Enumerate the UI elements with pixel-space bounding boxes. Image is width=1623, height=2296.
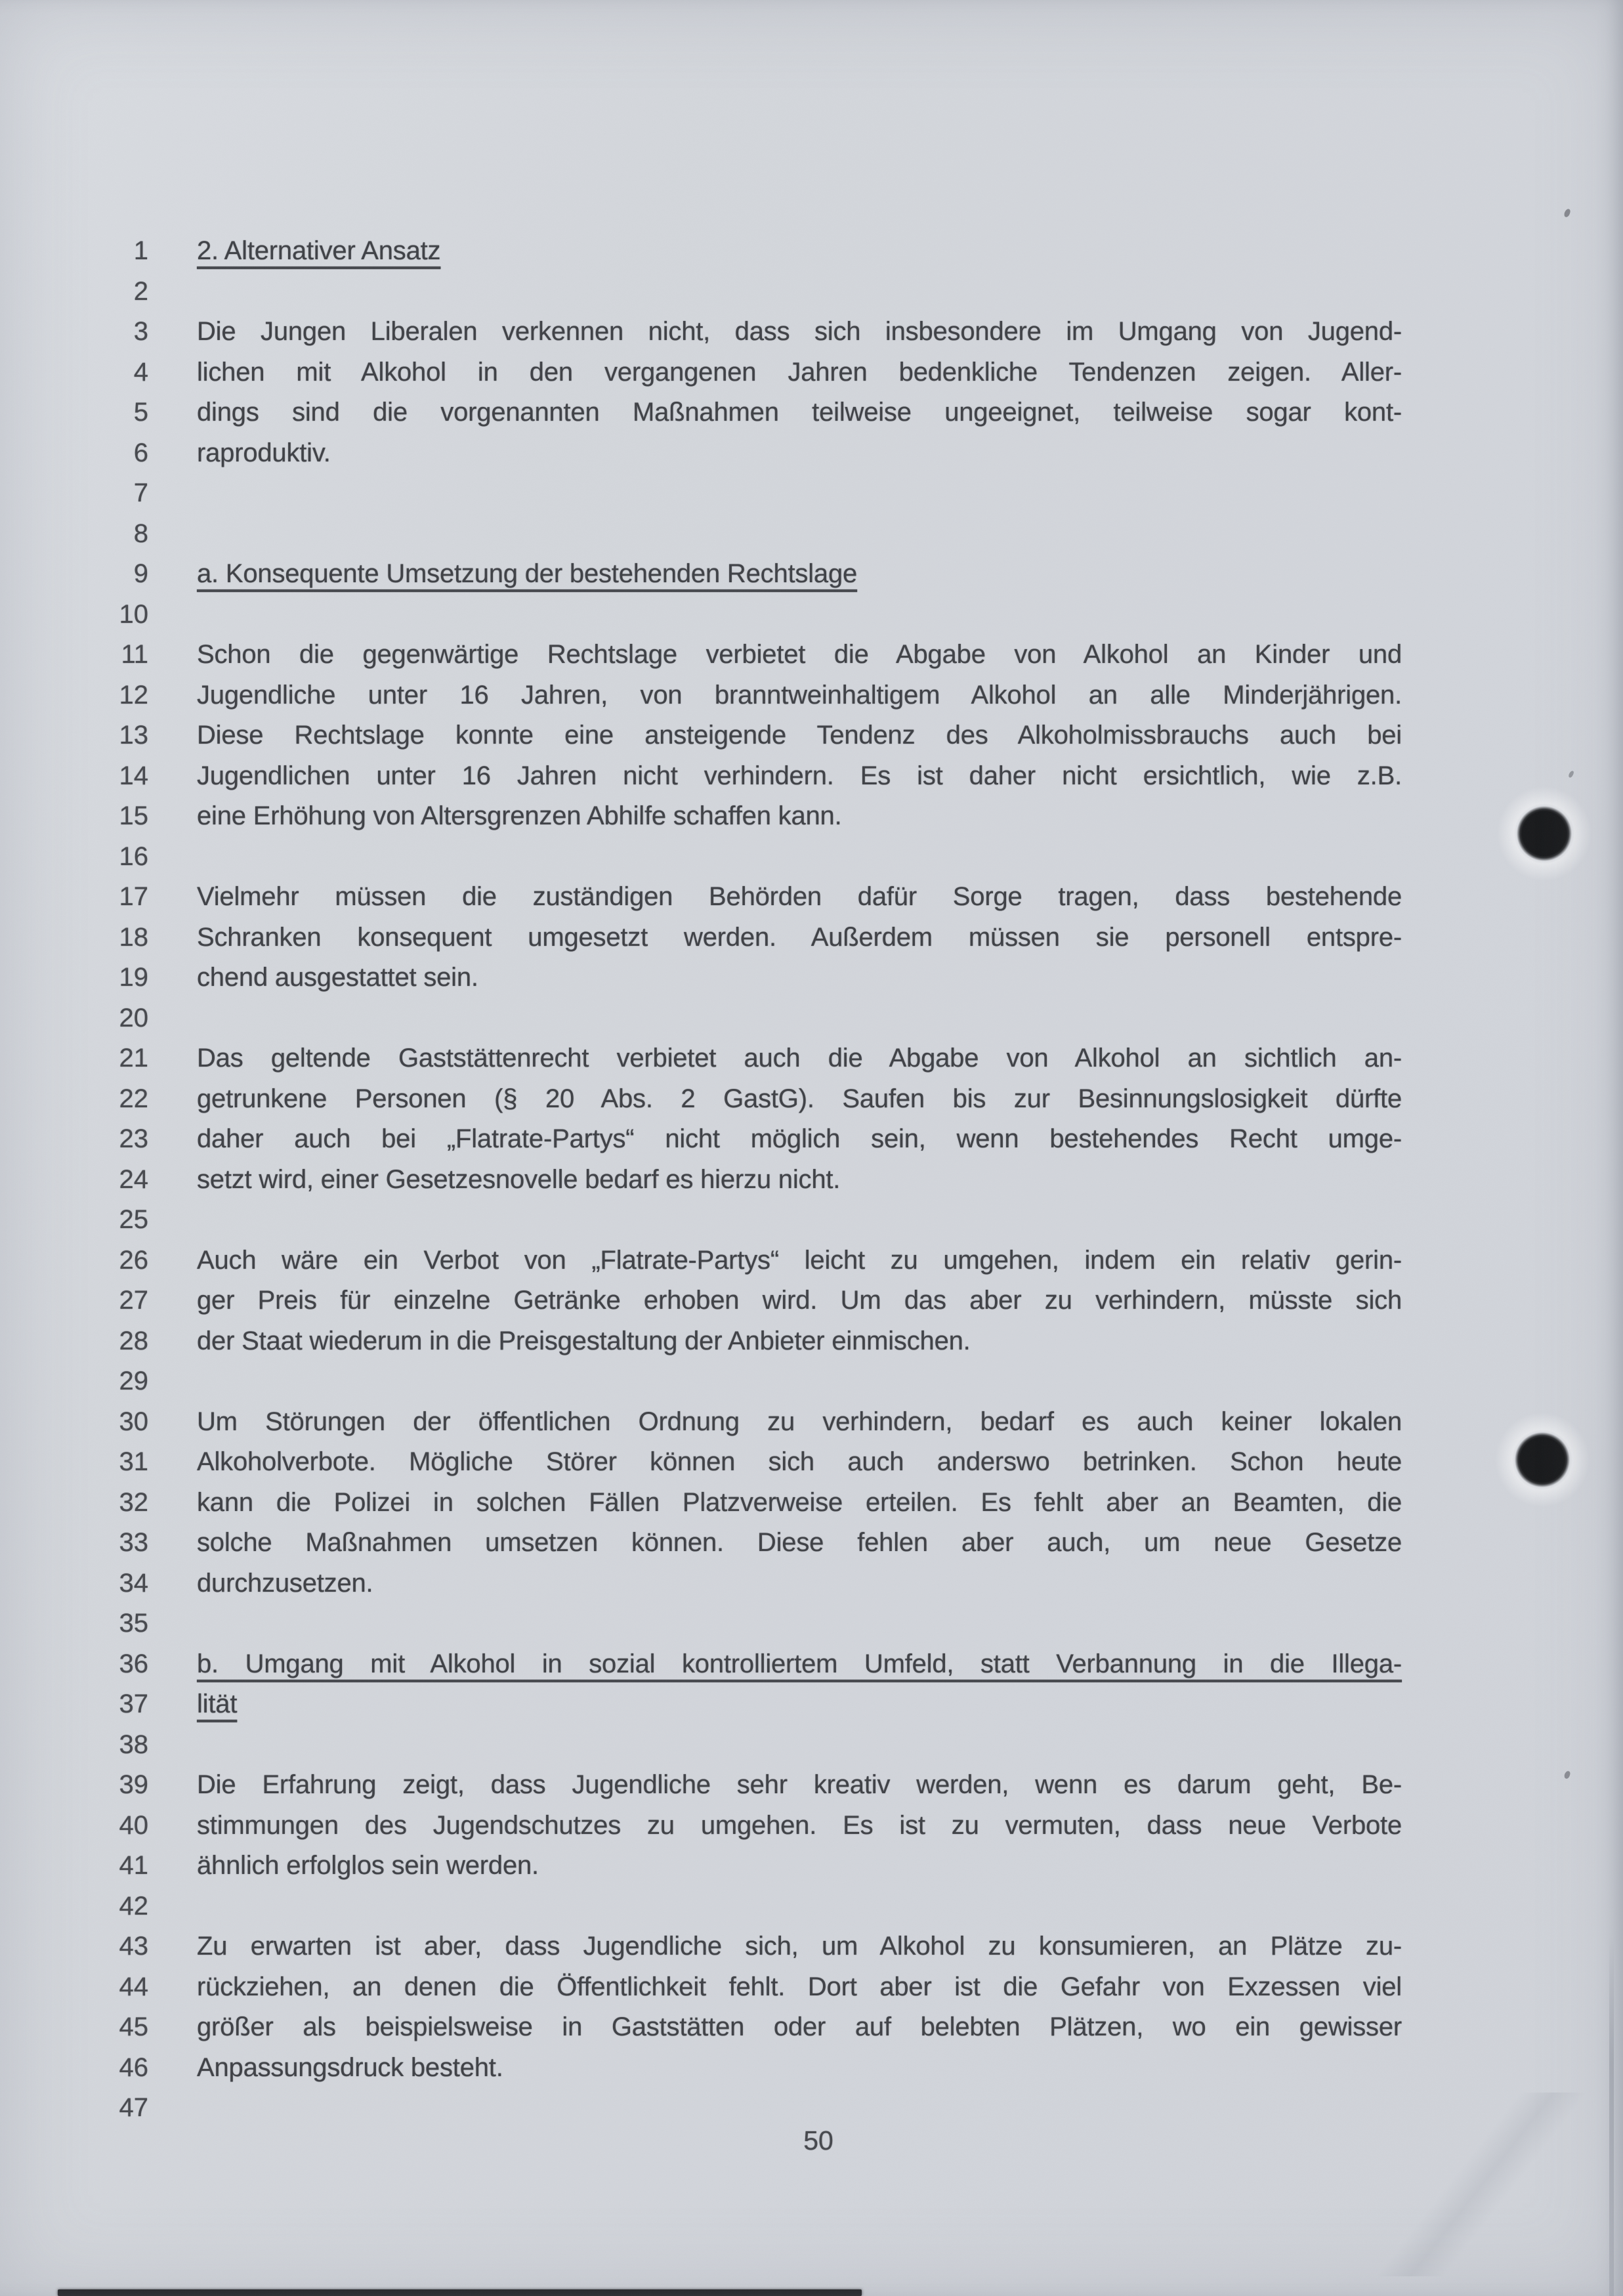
heading-line: 2. Alternativer Ansatz — [197, 231, 1402, 272]
line-text: chend ausgestattet sein. — [197, 963, 478, 992]
text-line: 36b. Umgang mit Alkohol in sozial kontro… — [0, 1644, 1623, 1685]
line-number: 13 — [0, 715, 148, 756]
text-line: 38 — [0, 1725, 1623, 1766]
text-line: 47 — [0, 2088, 1623, 2129]
line-text: eine Erhöhung von Altersgrenzen Abhilfe … — [197, 801, 842, 830]
line-text: stimmungen des Jugendschutzes zu umgehen… — [197, 1811, 1402, 1840]
line-text: Zu erwarten ist aber, dass Jugendliche s… — [197, 1932, 1402, 1961]
line-number: 35 — [0, 1604, 148, 1644]
line-text: Anpassungsdruck besteht. — [197, 2053, 503, 2082]
text-line: 42 — [0, 1886, 1623, 1927]
body-line: kann die Polizei in solchen Fällen Platz… — [197, 1483, 1402, 1523]
line-text: dings sind die vorgenannten Maßnahmen te… — [197, 398, 1402, 427]
body-line: solche Maßnahmen umsetzen können. Diese … — [197, 1523, 1402, 1563]
line-text: Schon die gegenwärtige Rechtslage verbie… — [197, 640, 1402, 669]
heading-line: lität — [197, 1684, 1402, 1725]
text-line: 5dings sind die vorgenannten Maßnahmen t… — [0, 393, 1623, 433]
line-text: a. Konsequente Umsetzung der bestehenden… — [197, 559, 857, 588]
line-number: 31 — [0, 1442, 148, 1483]
line-text: der Staat wiederum in die Preisgestaltun… — [197, 1327, 971, 1355]
line-text: Alkoholverbote. Mögliche Störer können s… — [197, 1447, 1402, 1476]
text-line: 31Alkoholverbote. Mögliche Störer können… — [0, 1442, 1623, 1483]
text-line: 23daher auch bei „Flatrate-Partys“ nicht… — [0, 1119, 1623, 1160]
text-line: 18Schranken konsequent umgesetzt werden.… — [0, 918, 1623, 958]
text-line: 4lichen mit Alkohol in den vergangenen J… — [0, 352, 1623, 393]
text-line: 27ger Preis für einzelne Getränke erhobe… — [0, 1281, 1623, 1321]
text-line: 39Die Erfahrung zeigt, dass Jugendliche … — [0, 1765, 1623, 1806]
line-text: Vielmehr müssen die zuständigen Behörden… — [197, 882, 1402, 911]
text-line: 6raproduktiv. — [0, 433, 1623, 474]
scanner-edge-artifact — [58, 2289, 862, 2296]
text-lines: 12. Alternativer Ansatz23Die Jungen Libe… — [0, 231, 1623, 2129]
body-line: Alkoholverbote. Mögliche Störer können s… — [197, 1442, 1402, 1483]
line-text: setzt wird, einer Gesetzesnovelle bedarf… — [197, 1165, 840, 1194]
line-number: 30 — [0, 1402, 148, 1443]
text-line: 12Jugendliche unter 16 Jahren, von brann… — [0, 675, 1623, 716]
line-text: rückziehen, an denen die Öffentlichkeit … — [197, 1972, 1402, 2001]
line-number: 6 — [0, 433, 148, 474]
line-number: 8 — [0, 514, 148, 555]
heading-line: a. Konsequente Umsetzung der bestehenden… — [197, 554, 1402, 595]
line-number: 29 — [0, 1361, 148, 1402]
page-number: 50 — [779, 2125, 858, 2156]
line-number: 1 — [0, 231, 148, 272]
text-line: 30Um Störungen der öffentlichen Ordnung … — [0, 1402, 1623, 1443]
text-line: 29 — [0, 1361, 1623, 1402]
line-text: Auch wäre ein Verbot von „Flatrate-Party… — [197, 1246, 1402, 1275]
line-number: 39 — [0, 1765, 148, 1806]
text-line: 16 — [0, 837, 1623, 878]
line-text: Die Jungen Liberalen verkennen nicht, da… — [197, 317, 1402, 346]
line-number: 24 — [0, 1160, 148, 1201]
line-number: 3 — [0, 312, 148, 352]
body-line: Anpassungsdruck besteht. — [197, 2048, 1402, 2089]
line-number: 23 — [0, 1119, 148, 1160]
body-line: Schon die gegenwärtige Rechtslage verbie… — [197, 635, 1402, 675]
text-line: 46Anpassungsdruck besteht. — [0, 2048, 1623, 2089]
text-line: 8 — [0, 514, 1623, 555]
text-line: 15eine Erhöhung von Altersgrenzen Abhilf… — [0, 796, 1623, 837]
line-number: 43 — [0, 1926, 148, 1967]
body-line: dings sind die vorgenannten Maßnahmen te… — [197, 393, 1402, 433]
text-line: 28der Staat wiederum in die Preisgestalt… — [0, 1321, 1623, 1362]
line-number: 21 — [0, 1038, 148, 1079]
line-number: 18 — [0, 918, 148, 958]
line-number: 33 — [0, 1523, 148, 1563]
line-number: 16 — [0, 837, 148, 878]
text-line: 21Das geltende Gaststättenrecht verbiete… — [0, 1038, 1623, 1079]
text-line: 32kann die Polizei in solchen Fällen Pla… — [0, 1483, 1623, 1523]
text-line: 26Auch wäre ein Verbot von „Flatrate-Par… — [0, 1241, 1623, 1281]
line-number: 7 — [0, 473, 148, 514]
text-line: 17Vielmehr müssen die zuständigen Behörd… — [0, 877, 1623, 918]
line-number: 28 — [0, 1321, 148, 1362]
body-line: stimmungen des Jugendschutzes zu umgehen… — [197, 1806, 1402, 1846]
line-number: 9 — [0, 554, 148, 595]
body-line: Die Erfahrung zeigt, dass Jugendliche se… — [197, 1765, 1402, 1806]
text-line: 44rückziehen, an denen die Öffentlichkei… — [0, 1967, 1623, 2008]
line-text: Diese Rechtslage konnte eine ansteigende… — [197, 721, 1402, 750]
body-line: Jugendliche unter 16 Jahren, von branntw… — [197, 675, 1402, 716]
text-line: 43Zu erwarten ist aber, dass Jugendliche… — [0, 1926, 1623, 1967]
body-line: Zu erwarten ist aber, dass Jugendliche s… — [197, 1926, 1402, 1967]
line-text: 2. Alternativer Ansatz — [197, 236, 440, 265]
text-line: 22getrunkene Personen (§ 20 Abs. 2 GastG… — [0, 1079, 1623, 1120]
line-number: 37 — [0, 1684, 148, 1725]
text-line: 10 — [0, 595, 1623, 635]
line-number: 25 — [0, 1200, 148, 1241]
line-text: getrunkene Personen (§ 20 Abs. 2 GastG).… — [197, 1084, 1402, 1113]
line-number: 2 — [0, 272, 148, 312]
text-line: 35 — [0, 1604, 1623, 1644]
text-line: 24setzt wird, einer Gesetzesnovelle beda… — [0, 1160, 1623, 1201]
text-line: 37lität — [0, 1684, 1623, 1725]
line-text: b. Umgang mit Alkohol in sozial kontroll… — [197, 1649, 1402, 1678]
text-line: 9a. Konsequente Umsetzung der bestehende… — [0, 554, 1623, 595]
line-number: 17 — [0, 877, 148, 918]
line-text: ähnlich erfolglos sein werden. — [197, 1851, 539, 1880]
body-line: Diese Rechtslage konnte eine ansteigende… — [197, 715, 1402, 756]
line-number: 34 — [0, 1563, 148, 1604]
body-line: größer als beispielsweise in Gaststätten… — [197, 2007, 1402, 2048]
text-line: 3Die Jungen Liberalen verkennen nicht, d… — [0, 312, 1623, 352]
body-line: chend ausgestattet sein. — [197, 958, 1402, 998]
line-number: 10 — [0, 595, 148, 635]
body-line: der Staat wiederum in die Preisgestaltun… — [197, 1321, 1402, 1362]
heading-line: b. Umgang mit Alkohol in sozial kontroll… — [197, 1644, 1402, 1685]
line-number: 41 — [0, 1846, 148, 1886]
line-number: 22 — [0, 1079, 148, 1120]
text-line: 41ähnlich erfolglos sein werden. — [0, 1846, 1623, 1886]
body-line: durchzusetzen. — [197, 1563, 1402, 1604]
line-number: 26 — [0, 1241, 148, 1281]
line-number: 20 — [0, 998, 148, 1039]
line-text: Schranken konsequent umgesetzt werden. A… — [197, 923, 1402, 952]
body-line: rückziehen, an denen die Öffentlichkeit … — [197, 1967, 1402, 2008]
body-line: lichen mit Alkohol in den vergangenen Ja… — [197, 352, 1402, 393]
text-line: 25 — [0, 1200, 1623, 1241]
text-line: 7 — [0, 473, 1623, 514]
line-number: 4 — [0, 352, 148, 393]
line-text: solche Maßnahmen umsetzen können. Diese … — [197, 1528, 1402, 1557]
body-line: daher auch bei „Flatrate-Partys“ nicht m… — [197, 1119, 1402, 1160]
line-number: 11 — [0, 635, 148, 675]
line-number: 27 — [0, 1281, 148, 1321]
line-text: lität — [197, 1690, 237, 1718]
text-line: 19chend ausgestattet sein. — [0, 958, 1623, 998]
text-line: 33solche Maßnahmen umsetzen können. Dies… — [0, 1523, 1623, 1563]
text-line: 20 — [0, 998, 1623, 1039]
scan-speck — [1563, 208, 1571, 218]
text-line: 34durchzusetzen. — [0, 1563, 1623, 1604]
text-line: 2 — [0, 272, 1623, 312]
line-text: Um Störungen der öffentlichen Ordnung zu… — [197, 1407, 1402, 1436]
line-number: 44 — [0, 1967, 148, 2008]
scanned-document-page: 12. Alternativer Ansatz23Die Jungen Libe… — [0, 0, 1623, 2296]
line-number: 45 — [0, 2007, 148, 2048]
line-number: 5 — [0, 393, 148, 433]
line-number: 46 — [0, 2048, 148, 2089]
line-text: Das geltende Gaststättenrecht verbietet … — [197, 1044, 1402, 1073]
body-line: Um Störungen der öffentlichen Ordnung zu… — [197, 1402, 1402, 1443]
text-line: 12. Alternativer Ansatz — [0, 231, 1623, 272]
body-line: ähnlich erfolglos sein werden. — [197, 1846, 1402, 1886]
body-line: getrunkene Personen (§ 20 Abs. 2 GastG).… — [197, 1079, 1402, 1120]
line-number: 36 — [0, 1644, 148, 1685]
body-line: ger Preis für einzelne Getränke erhoben … — [197, 1281, 1402, 1321]
line-number: 12 — [0, 675, 148, 716]
body-line: Auch wäre ein Verbot von „Flatrate-Party… — [197, 1241, 1402, 1281]
line-number: 38 — [0, 1725, 148, 1766]
line-number: 47 — [0, 2088, 148, 2129]
line-number: 32 — [0, 1483, 148, 1523]
line-text: Jugendliche unter 16 Jahren, von branntw… — [197, 681, 1402, 710]
line-text: daher auch bei „Flatrate-Partys“ nicht m… — [197, 1124, 1402, 1153]
line-text: Die Erfahrung zeigt, dass Jugendliche se… — [197, 1770, 1402, 1799]
line-number: 42 — [0, 1886, 148, 1927]
line-text: größer als beispielsweise in Gaststätten… — [197, 2012, 1402, 2041]
line-number: 14 — [0, 756, 148, 797]
body-line: raproduktiv. — [197, 433, 1402, 474]
line-text: kann die Polizei in solchen Fällen Platz… — [197, 1488, 1402, 1517]
line-number: 40 — [0, 1806, 148, 1846]
body-line: Das geltende Gaststättenrecht verbietet … — [197, 1038, 1402, 1079]
line-text: ger Preis für einzelne Getränke erhoben … — [197, 1286, 1402, 1315]
body-line: Vielmehr müssen die zuständigen Behörden… — [197, 877, 1402, 918]
line-text: raproduktiv. — [197, 438, 331, 467]
text-line: 40stimmungen des Jugendschutzes zu umgeh… — [0, 1806, 1623, 1846]
text-line: 13Diese Rechtslage konnte eine ansteigen… — [0, 715, 1623, 756]
body-line: eine Erhöhung von Altersgrenzen Abhilfe … — [197, 796, 1402, 837]
body-line: setzt wird, einer Gesetzesnovelle bedarf… — [197, 1160, 1402, 1201]
text-line: 45größer als beispielsweise in Gaststätt… — [0, 2007, 1623, 2048]
body-line: Die Jungen Liberalen verkennen nicht, da… — [197, 312, 1402, 352]
line-number: 15 — [0, 796, 148, 837]
line-text: lichen mit Alkohol in den vergangenen Ja… — [197, 358, 1402, 387]
text-line: 14Jugendlichen unter 16 Jahren nicht ver… — [0, 756, 1623, 797]
body-line: Jugendlichen unter 16 Jahren nicht verhi… — [197, 756, 1402, 797]
text-line: 11Schon die gegenwärtige Rechtslage verb… — [0, 635, 1623, 675]
line-number: 19 — [0, 958, 148, 998]
body-line: Schranken konsequent umgesetzt werden. A… — [197, 918, 1402, 958]
line-text: durchzusetzen. — [197, 1569, 373, 1598]
line-text: Jugendlichen unter 16 Jahren nicht verhi… — [197, 761, 1402, 790]
